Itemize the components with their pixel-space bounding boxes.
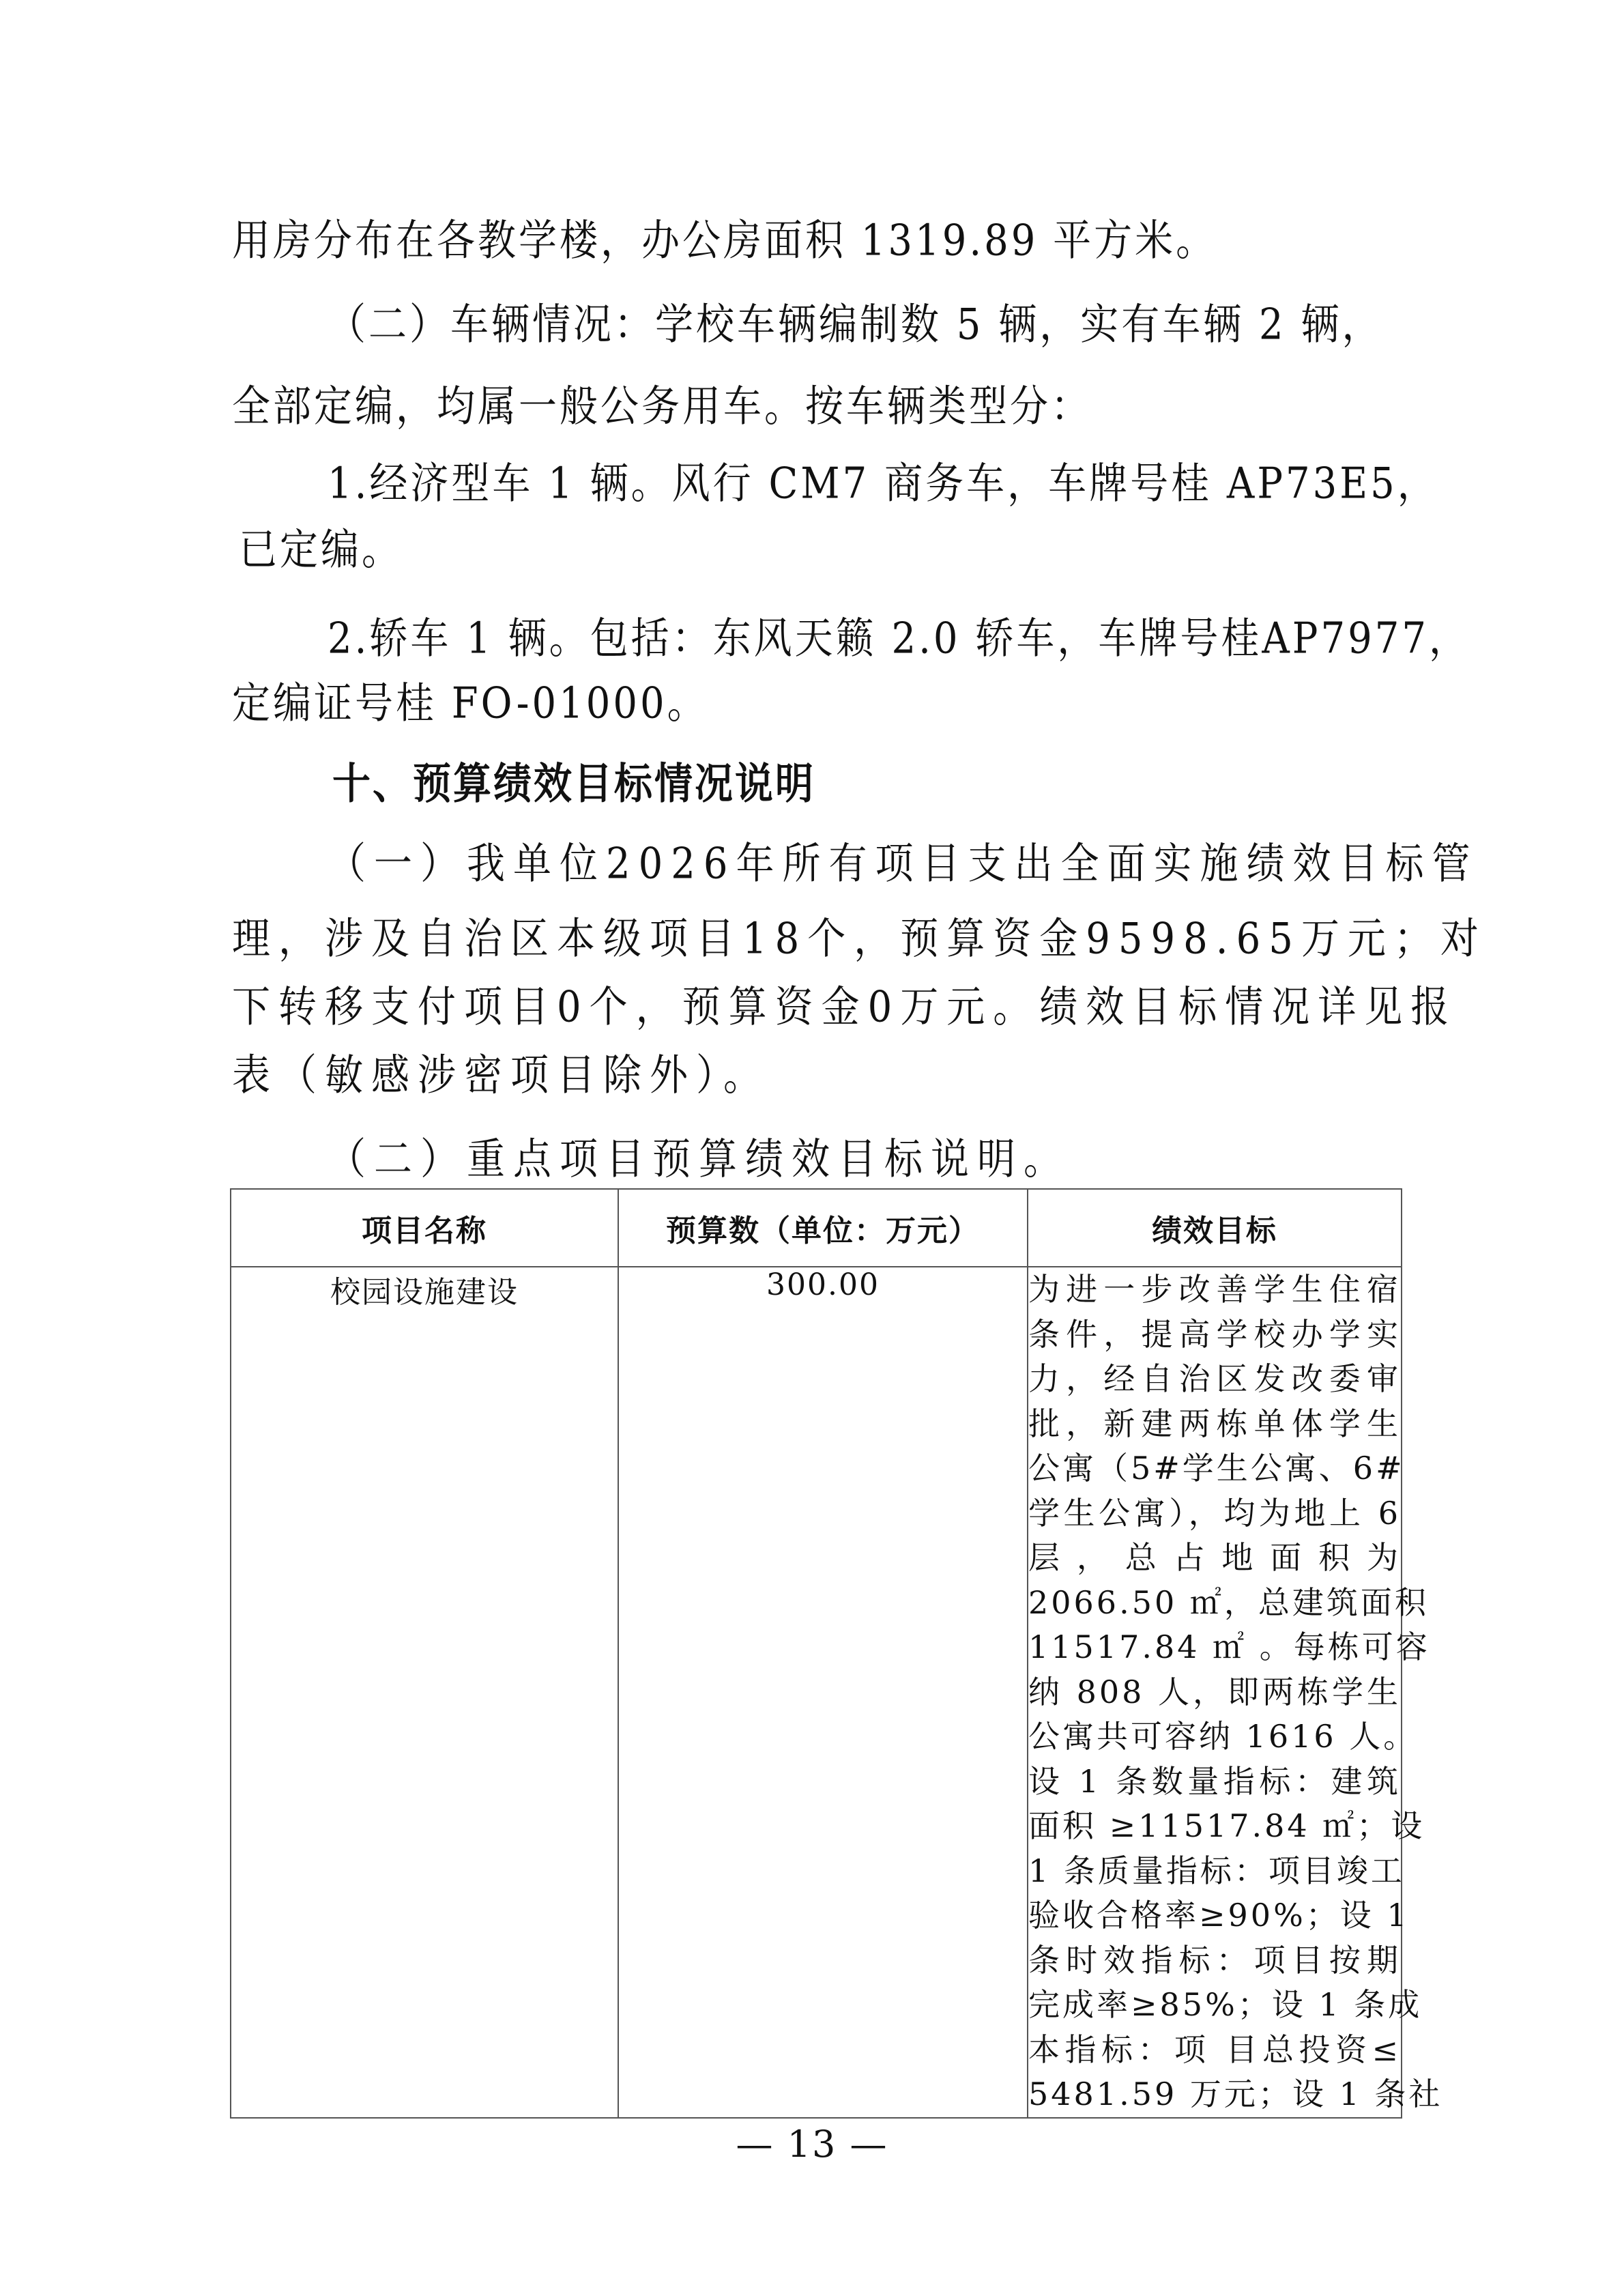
paragraph-performance-line3: 下转移支付项目0个，预算资金0万元。绩效目标情况详见报: [232, 986, 1457, 1029]
paragraph-sedan-line1: 2.轿车 1 辆。包括：东风天籁 2.0 轿车，车牌号桂AP7977，: [328, 618, 1470, 661]
paragraph-sedan-line2: 定编证号桂 FO-01000。: [232, 683, 708, 726]
paragraph-vehicles-line2: 全部定编，均属一般公务用车。按车辆类型分：: [232, 386, 1092, 429]
performance-goals-table: 项目名称 预算数（单位：万元） 绩效目标 校园设施建设 300.00 为进一步改…: [230, 1188, 1402, 2119]
goal-text-line: 条件，提高学校办学实: [1028, 1312, 1401, 1358]
table-header-row: 项目名称 预算数（单位：万元） 绩效目标: [231, 1189, 1402, 1267]
goal-text-line: 5481.59 万元；设 1 条社: [1028, 2072, 1401, 2117]
paragraph-economy-car-line1: 1.经济型车 1 辆。风行 CM7 商务车，车牌号桂 AP73E5，: [328, 463, 1438, 506]
cell-performance-goal: 为进一步改善学生住宿 条件，提高学校办学实 力，经自治区发改委审 批，新建两栋单…: [1028, 1267, 1402, 2118]
paragraph-vehicles-line1: （二）车辆情况：学校车辆编制数 5 辆，实有车辆 2 辆，: [328, 304, 1382, 347]
goal-text-line: 2066.50 ㎡，总建筑面积: [1028, 1581, 1401, 1626]
paragraph-performance-line2: 理，涉及自治区本级项目18个，预算资金9598.65万元；对: [232, 918, 1487, 961]
cell-budget: 300.00: [618, 1267, 1028, 2118]
goal-text-line: 面积 ≥11517.84 ㎡；设: [1028, 1804, 1401, 1849]
goal-text-line: 条时效指标：项目按期: [1028, 1938, 1401, 1983]
cell-project-name: 校园设施建设: [231, 1267, 618, 2118]
goal-text-line: 完成率≥85%；设 1 条成: [1028, 1983, 1401, 2028]
header-budget: 预算数（单位：万元）: [618, 1189, 1028, 1267]
goal-text-line: 学生公寓），均为地上 6: [1028, 1491, 1401, 1536]
section-heading: 十、预算绩效目标情况说明: [332, 763, 815, 806]
paragraph-performance-line4: 表（敏感涉密项目除外）。: [232, 1054, 770, 1097]
goal-text-line: 批，新建两栋单体学生: [1028, 1402, 1401, 1447]
document-page: 用房分布在各教学楼，办公房面积 1319.89 平方米。 （二）车辆情况：学校车…: [0, 0, 1624, 2296]
table-row: 校园设施建设 300.00 为进一步改善学生住宿 条件，提高学校办学实 力，经自…: [231, 1267, 1402, 2118]
page-number: — 13 —: [0, 2123, 1624, 2166]
goal-text-line: 本指标：项 目总投资≤: [1028, 2028, 1401, 2073]
goal-text-line: 1 条质量指标：项目竣工: [1028, 1849, 1401, 1894]
goal-text-line: 力，经自治区发改委审: [1028, 1357, 1401, 1402]
goal-text-line: 为进一步改善学生住宿: [1028, 1267, 1401, 1312]
goal-text-line: 验收合格率≥90%；设 1: [1028, 1893, 1401, 1938]
paragraph-economy-car-line2: 已定编。: [239, 529, 403, 572]
goal-text-line: 11517.84 ㎡ 。每栋可容: [1028, 1625, 1401, 1670]
goal-text-line: 纳 808 人，即两栋学生: [1028, 1670, 1401, 1715]
goal-text-line: 设 1 条数量指标：建筑: [1028, 1760, 1401, 1805]
goal-text-line: 公寓（5#学生公寓、6#: [1028, 1446, 1401, 1491]
paragraph-key-projects: （二）重点项目预算绩效目标说明。: [328, 1138, 1070, 1181]
header-project-name: 项目名称: [231, 1189, 618, 1267]
goal-text-line: 公寓共可容纳 1616 人。: [1028, 1714, 1401, 1760]
goal-text-line: 层 ， 总 占 地 面 积 为: [1028, 1536, 1401, 1581]
header-performance-goal: 绩效目标: [1028, 1189, 1402, 1267]
paragraph-office-area: 用房分布在各教学楼，办公房面积 1319.89 平方米。: [232, 220, 1217, 263]
paragraph-performance-line1: （一）我单位2026年所有项目支出全面实施绩效目标管: [328, 843, 1479, 886]
